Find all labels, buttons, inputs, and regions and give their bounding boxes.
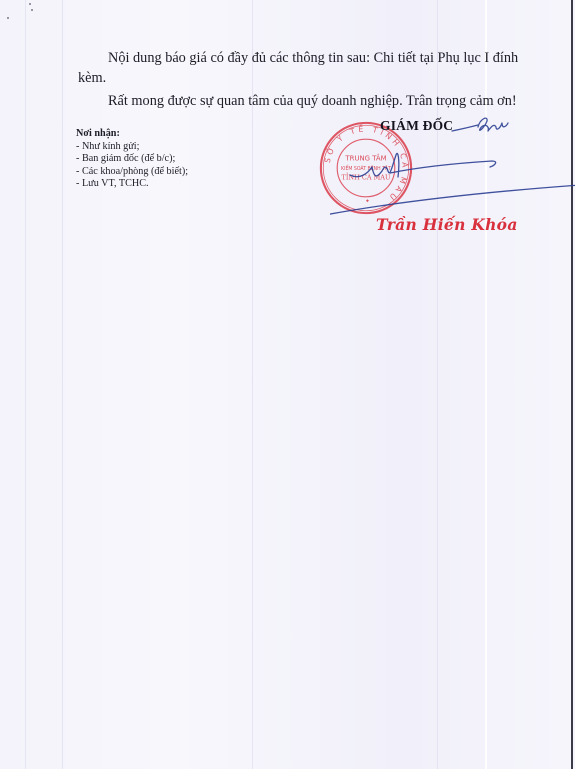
recipients-block: Nơi nhận: Như kính gửi; Ban giám đốc (để…: [76, 128, 188, 191]
recipient-item: Ban giám đốc (để b/c);: [76, 153, 188, 166]
page-fold-line: [252, 0, 253, 769]
recipient-item: Các khoa/phòng (để biết);: [76, 166, 188, 179]
scanned-page: Nội dung báo giá có đầy đủ các thông tin…: [0, 0, 575, 769]
scan-speck: [7, 17, 9, 19]
page-fold-line: [25, 0, 26, 769]
scan-speck: [31, 9, 33, 11]
page-fold-line: [62, 0, 63, 769]
recipient-item: Như kính gửi;: [76, 141, 188, 154]
signer-name: Trần Hiến Khóa: [376, 215, 518, 234]
scan-speck: [29, 3, 31, 5]
body-paragraph-details: Nội dung báo giá có đầy đủ các thông tin…: [78, 48, 528, 88]
recipients-title: Nơi nhận:: [76, 128, 188, 141]
recipients-list: Như kính gửi; Ban giám đốc (để b/c); Các…: [76, 141, 188, 191]
handwritten-signature-icon: [330, 105, 575, 215]
recipient-item: Lưu VT, TCHC.: [76, 178, 188, 191]
